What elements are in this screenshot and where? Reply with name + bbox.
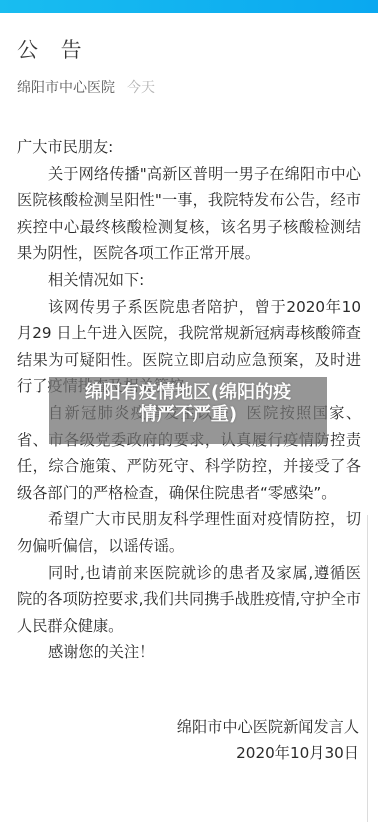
closing-line: 感谢您的关注！ — [17, 639, 361, 666]
publish-time: 今天 — [127, 80, 155, 96]
notice-header: 公 告 绵阳市中心医院今天 — [17, 36, 155, 98]
paragraph: 希望广大市民朋友科学理性面对疫情防控，切勿偏听偏信，以谣传谣。 — [17, 506, 361, 559]
headline-overlay: 绵阳有疫情地区(绵阳的疫 情严不严重) — [49, 377, 327, 444]
scrollbar-track[interactable] — [367, 515, 368, 822]
source-name[interactable]: 绵阳市中心医院 — [17, 80, 115, 96]
notice-meta: 绵阳市中心医院今天 — [17, 78, 155, 98]
signature-date: 2020年10月30日 — [17, 740, 361, 767]
salutation: 广大市民朋友: — [17, 134, 361, 161]
overlay-line-1: 绵阳有疫情地区(绵阳的疫 — [49, 382, 327, 404]
overlay-line-2: 情严不严重) — [49, 404, 327, 426]
top-status-bar — [0, 0, 378, 13]
paragraph: 同时,也请前来医院就诊的患者及家属,遵循医院的各项防控要求,我们共同携手战胜疫情… — [17, 560, 361, 640]
signature: 绵阳市中心医院新闻发言人 — [17, 714, 361, 741]
page-title: 公 告 — [17, 36, 155, 64]
spacer — [17, 666, 361, 714]
paragraph: 相关情况如下: — [17, 267, 361, 294]
notice-body: 广大市民朋友: 关于网络传播"高新区普明一男子在绵阳市中心医院核酸检测呈阳性"一… — [17, 134, 361, 767]
paragraph: 关于网络传播"高新区普明一男子在绵阳市中心医院核酸检测呈阳性"一事，我院特发布公… — [17, 161, 361, 267]
